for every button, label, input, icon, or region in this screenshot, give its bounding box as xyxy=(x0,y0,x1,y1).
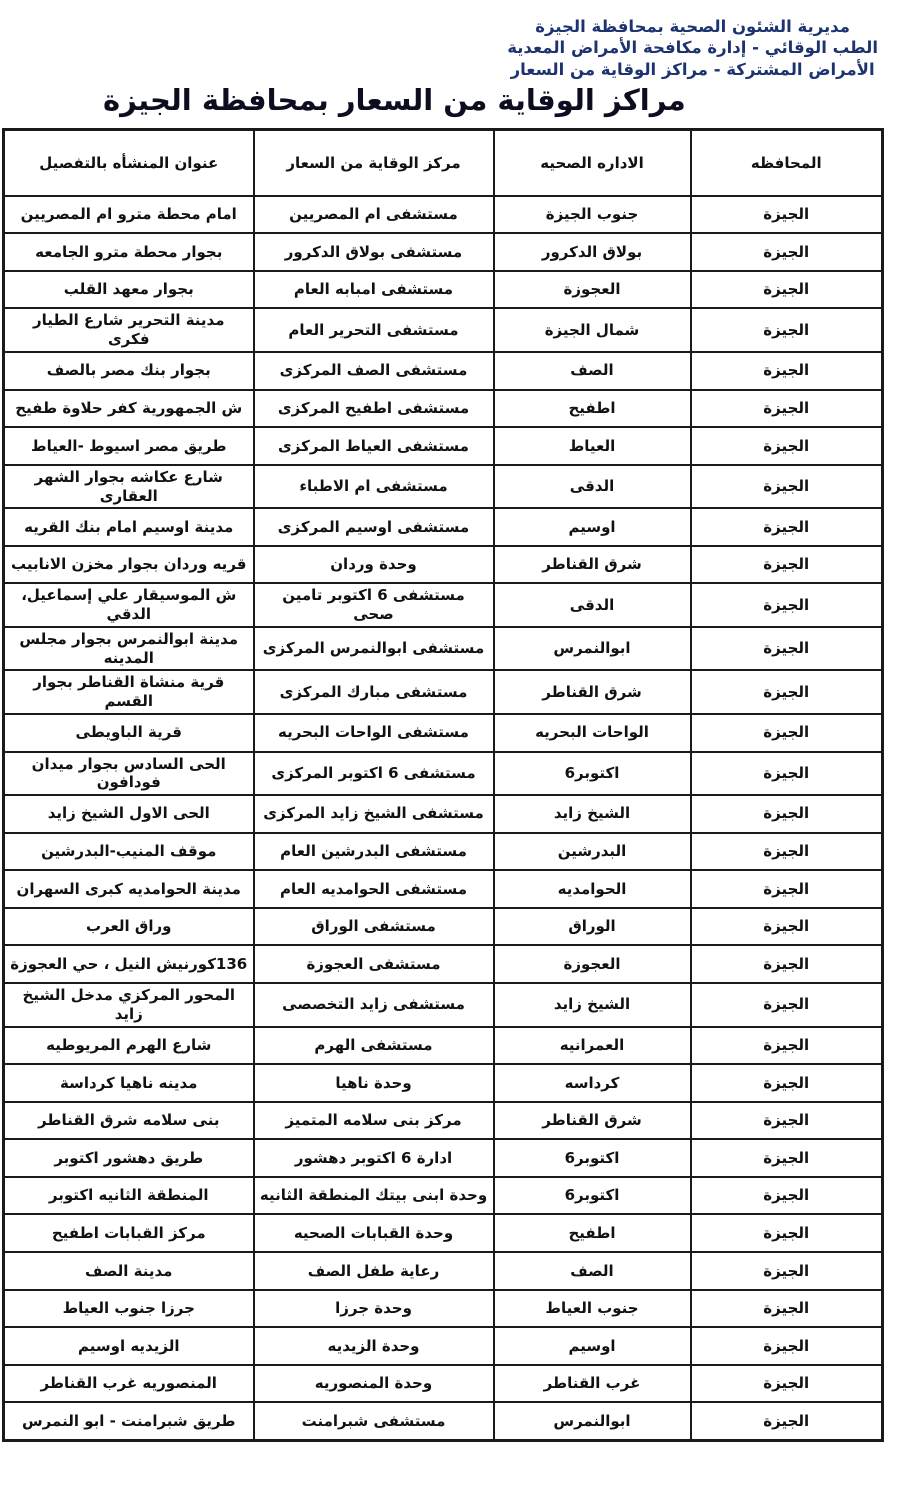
cell-governorate: الجيزة xyxy=(691,508,883,546)
cell-health-admin: الواحات البحريه xyxy=(494,714,691,752)
cell-health-admin: اطفيح xyxy=(494,1214,691,1252)
cell-health-admin: ابوالنمرس xyxy=(494,627,691,671)
table-row: الجيزةكرداسهوحدة ناهيامدينه ناهيا كرداسة xyxy=(4,1064,883,1102)
table-row: الجيزةاوسيموحدة الزيديهالزيديه اوسيم xyxy=(4,1327,883,1365)
cell-address: مدينة اوسيم امام بنك القريه xyxy=(4,508,254,546)
table-row: الجيزةاكتوبر6ادارة 6 اكتوبر دهشورطريق ده… xyxy=(4,1139,883,1177)
cell-health-admin: اكتوبر6 xyxy=(494,1177,691,1215)
col-header-health-admin: الاداره الصحيه xyxy=(494,130,691,196)
cell-health-admin: اكتوبر6 xyxy=(494,752,691,796)
table-body: الجيزةجنوب الجيزةمستشفى ام المصريينامام … xyxy=(4,196,883,1440)
cell-health-admin: الوراق xyxy=(494,908,691,946)
cell-governorate: الجيزة xyxy=(691,1290,883,1328)
cell-address: ش الموسيقار علي إسماعيل، الدقي xyxy=(4,583,254,627)
table-row: الجيزةالصفمستشفى الصف المركزىبجوار بنك م… xyxy=(4,352,883,390)
cell-center: مستشفى الصف المركزى xyxy=(254,352,494,390)
cell-health-admin: الصف xyxy=(494,352,691,390)
table-row: الجيزةشرق القناطرمستشفى مبارك المركزىقري… xyxy=(4,670,883,714)
cell-address: مدينة التحرير شارع الطيار فكرى xyxy=(4,308,254,352)
cell-address: مدينة الحوامديه كبرى السهران xyxy=(4,870,254,908)
table-row: الجيزةاوسيممستشفى اوسيم المركزىمدينة اوس… xyxy=(4,508,883,546)
cell-health-admin: بولاق الدكرور xyxy=(494,233,691,271)
cell-center: مستشفى الشيخ زايد المركزى xyxy=(254,795,494,833)
table-row: الجيزةالوراقمستشفى الوراقوراق العرب xyxy=(4,908,883,946)
cell-health-admin: جنوب العياط xyxy=(494,1290,691,1328)
cell-governorate: الجيزة xyxy=(691,945,883,983)
col-header-address: عنوان المنشأه بالتفصيل xyxy=(4,130,254,196)
cell-address: موقف المنيب-البدرشين xyxy=(4,833,254,871)
cell-health-admin: الشيخ زايد xyxy=(494,983,691,1027)
cell-health-admin: الشيخ زايد xyxy=(494,795,691,833)
cell-address: قرية منشاة القناطر بجوار القسم xyxy=(4,670,254,714)
table-row: الجيزةالعمرانيهمستشفى الهرمشارع الهرم ال… xyxy=(4,1027,883,1065)
cell-governorate: الجيزة xyxy=(691,795,883,833)
cell-governorate: الجيزة xyxy=(691,1027,883,1065)
cell-center: وحدة ناهيا xyxy=(254,1064,494,1102)
cell-center: مستشفى ام الاطباء xyxy=(254,465,494,509)
cell-address: مدينة الصف xyxy=(4,1252,254,1290)
cell-health-admin: شرق القناطر xyxy=(494,546,691,584)
table-row: الجيزةالشيخ زايدمستشفى الشيخ زايد المركز… xyxy=(4,795,883,833)
cell-governorate: الجيزة xyxy=(691,390,883,428)
table-row: الجيزةابوالنمرسمستشفى ابوالنمرس المركزىم… xyxy=(4,627,883,671)
cell-governorate: الجيزة xyxy=(691,1214,883,1252)
cell-governorate: الجيزة xyxy=(691,583,883,627)
cell-health-admin: العجوزة xyxy=(494,945,691,983)
cell-governorate: الجيزة xyxy=(691,1252,883,1290)
cell-address: مدينة ابوالنمرس بجوار مجلس المدينه xyxy=(4,627,254,671)
cell-health-admin: اوسيم xyxy=(494,508,691,546)
cell-health-admin: الحوامديه xyxy=(494,870,691,908)
cell-health-admin: شمال الجيزة xyxy=(494,308,691,352)
cell-center: مستشفى التحرير العام xyxy=(254,308,494,352)
cell-address: الحى الاول الشيخ زايد xyxy=(4,795,254,833)
cell-center: مستشفى ابوالنمرس المركزى xyxy=(254,627,494,671)
cell-center: مستشفى 6 اكتوبر المركزى xyxy=(254,752,494,796)
page-title: مراكز الوقاية من السعار بمحافظة الجيزة xyxy=(103,85,686,117)
cell-health-admin: اوسيم xyxy=(494,1327,691,1365)
table-row: الجيزةالواحات البحريهمستشفى الواحات البح… xyxy=(4,714,883,752)
cell-governorate: الجيزة xyxy=(691,271,883,309)
cell-governorate: الجيزة xyxy=(691,870,883,908)
cell-address: بنى سلامه شرق القناطر xyxy=(4,1102,254,1140)
cell-address: المنصوريه غرب القناطر xyxy=(4,1365,254,1403)
cell-health-admin: العجوزة xyxy=(494,271,691,309)
letterhead: مديرية الشئون الصحية بمحافظة الجيزة الطب… xyxy=(507,16,878,80)
cell-health-admin: الصف xyxy=(494,1252,691,1290)
cell-governorate: الجيزة xyxy=(691,752,883,796)
table-row: الجيزةجنوب الجيزةمستشفى ام المصريينامام … xyxy=(4,196,883,234)
cell-center: مستشفى الواحات البحريه xyxy=(254,714,494,752)
cell-center: مستشفى اوسيم المركزى xyxy=(254,508,494,546)
table-row: الجيزةالدقىمستشفى ام الاطباءشارع عكاشه ب… xyxy=(4,465,883,509)
cell-center: وحدة القبابات الصحيه xyxy=(254,1214,494,1252)
cell-address: جرزا جنوب العياط xyxy=(4,1290,254,1328)
table-header-row: المحافظه الاداره الصحيه مركز الوقاية من … xyxy=(4,130,883,196)
cell-address: طريق دهشور اكتوبر xyxy=(4,1139,254,1177)
cell-center: مستشفى العجوزة xyxy=(254,945,494,983)
cell-governorate: الجيزة xyxy=(691,1064,883,1102)
cell-health-admin: غرب القناطر xyxy=(494,1365,691,1403)
table-row: الجيزةالعياطمستشفى العياط المركزىطريق مص… xyxy=(4,427,883,465)
cell-address: شارع عكاشه بجوار الشهر العقارى xyxy=(4,465,254,509)
cell-center: وحدة وردان xyxy=(254,546,494,584)
table-row: الجيزةشرق القناطروحدة وردانقريه وردان بج… xyxy=(4,546,883,584)
cell-address: طريق شبرامنت - ابو النمرس xyxy=(4,1402,254,1440)
cell-address: الزيديه اوسيم xyxy=(4,1327,254,1365)
col-header-governorate: المحافظه xyxy=(691,130,883,196)
cell-address: قريه وردان بجوار مخزن الانابيب xyxy=(4,546,254,584)
cell-center: مستشفى البدرشين العام xyxy=(254,833,494,871)
cell-center: مستشفى الوراق xyxy=(254,908,494,946)
cell-governorate: الجيزة xyxy=(691,714,883,752)
cell-center: مستشفى 6 اكتوبر تامين صحى xyxy=(254,583,494,627)
cell-governorate: الجيزة xyxy=(691,465,883,509)
cell-health-admin: جنوب الجيزة xyxy=(494,196,691,234)
cell-center: مستشفى اطفيح المركزى xyxy=(254,390,494,428)
cell-center: وحدة المنصوريه xyxy=(254,1365,494,1403)
cell-health-admin: كرداسه xyxy=(494,1064,691,1102)
cell-center: مستشفى زايد التخصصى xyxy=(254,983,494,1027)
letterhead-line-2: الطب الوقائي - إدارة مكافحة الأمراض المع… xyxy=(507,37,878,58)
cell-health-admin: العياط xyxy=(494,427,691,465)
cell-center: مستشفى شبرامنت xyxy=(254,1402,494,1440)
cell-governorate: الجيزة xyxy=(691,427,883,465)
table-row: الجيزةبولاق الدكرورمستشفى بولاق الدكرورب… xyxy=(4,233,883,271)
document-page: { "letterhead": { "lines": [ "مديرية الش… xyxy=(0,0,898,1487)
table-row: الجيزةاكتوبر6وحدة ابنى بيتك المنطقة الثا… xyxy=(4,1177,883,1215)
cell-governorate: الجيزة xyxy=(691,1327,883,1365)
table-row: الجيزةالعجوزةمستشفى العجوزة136كورنيش الن… xyxy=(4,945,883,983)
cell-center: رعاية طفل الصف xyxy=(254,1252,494,1290)
cell-health-admin: ابوالنمرس xyxy=(494,1402,691,1440)
cell-address: الحى السادس بجوار ميدان فودافون xyxy=(4,752,254,796)
cell-health-admin: شرق القناطر xyxy=(494,670,691,714)
cell-governorate: الجيزة xyxy=(691,627,883,671)
table-row: الجيزةاطفيحوحدة القبابات الصحيهمركز القب… xyxy=(4,1214,883,1252)
cell-governorate: الجيزة xyxy=(691,833,883,871)
cell-governorate: الجيزة xyxy=(691,546,883,584)
cell-center: مستشفى ام المصريين xyxy=(254,196,494,234)
table-row: الجيزةجنوب العياطوحدة جرزاجرزا جنوب العي… xyxy=(4,1290,883,1328)
cell-governorate: الجيزة xyxy=(691,983,883,1027)
cell-center: وحدة الزيديه xyxy=(254,1327,494,1365)
cell-health-admin: الدقى xyxy=(494,583,691,627)
cell-address: شارع الهرم المريوطيه xyxy=(4,1027,254,1065)
cell-address: وراق العرب xyxy=(4,908,254,946)
table-row: الجيزةالدقىمستشفى 6 اكتوبر تامين صحىش ال… xyxy=(4,583,883,627)
cell-governorate: الجيزة xyxy=(691,1402,883,1440)
cell-center: مستشفى بولاق الدكرور xyxy=(254,233,494,271)
centers-table: المحافظه الاداره الصحيه مركز الوقاية من … xyxy=(2,128,884,1441)
cell-center: وحدة ابنى بيتك المنطقة الثانيه xyxy=(254,1177,494,1215)
cell-address: ش الجمهورية كفر حلاوة طفيح xyxy=(4,390,254,428)
cell-health-admin: اكتوبر6 xyxy=(494,1139,691,1177)
cell-health-admin: شرق القناطر xyxy=(494,1102,691,1140)
table-row: الجيزةالحوامديهمستشفى الحوامديه العاممدي… xyxy=(4,870,883,908)
cell-address: طريق مصر اسيوط -العياط xyxy=(4,427,254,465)
letterhead-line-3: الأمراض المشتركة - مراكز الوقاية من السع… xyxy=(507,59,878,80)
cell-governorate: الجيزة xyxy=(691,1139,883,1177)
table-row: الجيزةالبدرشينمستشفى البدرشين العامموقف … xyxy=(4,833,883,871)
cell-health-admin: الدقى xyxy=(494,465,691,509)
table-row: الجيزةاطفيحمستشفى اطفيح المركزىش الجمهور… xyxy=(4,390,883,428)
cell-health-admin: البدرشين xyxy=(494,833,691,871)
cell-address: بجوار معهد القلب xyxy=(4,271,254,309)
cell-address: مركز القبابات اطفيح xyxy=(4,1214,254,1252)
cell-center: مستشفى الهرم xyxy=(254,1027,494,1065)
cell-address: المنطقة الثانيه اكتوبر xyxy=(4,1177,254,1215)
cell-center: مستشفى مبارك المركزى xyxy=(254,670,494,714)
cell-governorate: الجيزة xyxy=(691,352,883,390)
table-row: الجيزةالعجوزةمستشفى امبابه العامبجوار مع… xyxy=(4,271,883,309)
cell-governorate: الجيزة xyxy=(691,1102,883,1140)
letterhead-line-1: مديرية الشئون الصحية بمحافظة الجيزة xyxy=(507,16,878,37)
cell-address: بجوار محطة مترو الجامعه xyxy=(4,233,254,271)
cell-governorate: الجيزة xyxy=(691,308,883,352)
cell-center: مستشفى العياط المركزى xyxy=(254,427,494,465)
table-row: الجيزةالصفرعاية طفل الصفمدينة الصف xyxy=(4,1252,883,1290)
cell-center: وحدة جرزا xyxy=(254,1290,494,1328)
cell-governorate: الجيزة xyxy=(691,1365,883,1403)
cell-center: ادارة 6 اكتوبر دهشور xyxy=(254,1139,494,1177)
cell-center: مستشفى امبابه العام xyxy=(254,271,494,309)
cell-governorate: الجيزة xyxy=(691,196,883,234)
table-row: الجيزةاكتوبر6مستشفى 6 اكتوبر المركزىالحى… xyxy=(4,752,883,796)
cell-center: مركز بنى سلامه المتميز xyxy=(254,1102,494,1140)
col-header-center: مركز الوقاية من السعار xyxy=(254,130,494,196)
table-row: الجيزةشمال الجيزةمستشفى التحرير العاممدي… xyxy=(4,308,883,352)
table-row: الجيزةغرب القناطروحدة المنصوريهالمنصوريه… xyxy=(4,1365,883,1403)
table-row: الجيزةالشيخ زايدمستشفى زايد التخصصىالمحو… xyxy=(4,983,883,1027)
cell-address: 136كورنيش النيل ، حي العجوزة xyxy=(4,945,254,983)
cell-governorate: الجيزة xyxy=(691,233,883,271)
cell-governorate: الجيزة xyxy=(691,908,883,946)
cell-center: مستشفى الحوامديه العام xyxy=(254,870,494,908)
cell-health-admin: العمرانيه xyxy=(494,1027,691,1065)
cell-address: قرية الباويطى xyxy=(4,714,254,752)
cell-address: المحور المركزي مدخل الشيخ زايد xyxy=(4,983,254,1027)
table-row: الجيزةشرق القناطرمركز بنى سلامه المتميزب… xyxy=(4,1102,883,1140)
table-row: الجيزةابوالنمرسمستشفى شبرامنتطريق شبرامن… xyxy=(4,1402,883,1440)
cell-address: امام محطة مترو ام المصريين xyxy=(4,196,254,234)
cell-health-admin: اطفيح xyxy=(494,390,691,428)
cell-governorate: الجيزة xyxy=(691,1177,883,1215)
cell-address: مدينه ناهيا كرداسة xyxy=(4,1064,254,1102)
cell-address: بجوار بنك مصر بالصف xyxy=(4,352,254,390)
cell-governorate: الجيزة xyxy=(691,670,883,714)
